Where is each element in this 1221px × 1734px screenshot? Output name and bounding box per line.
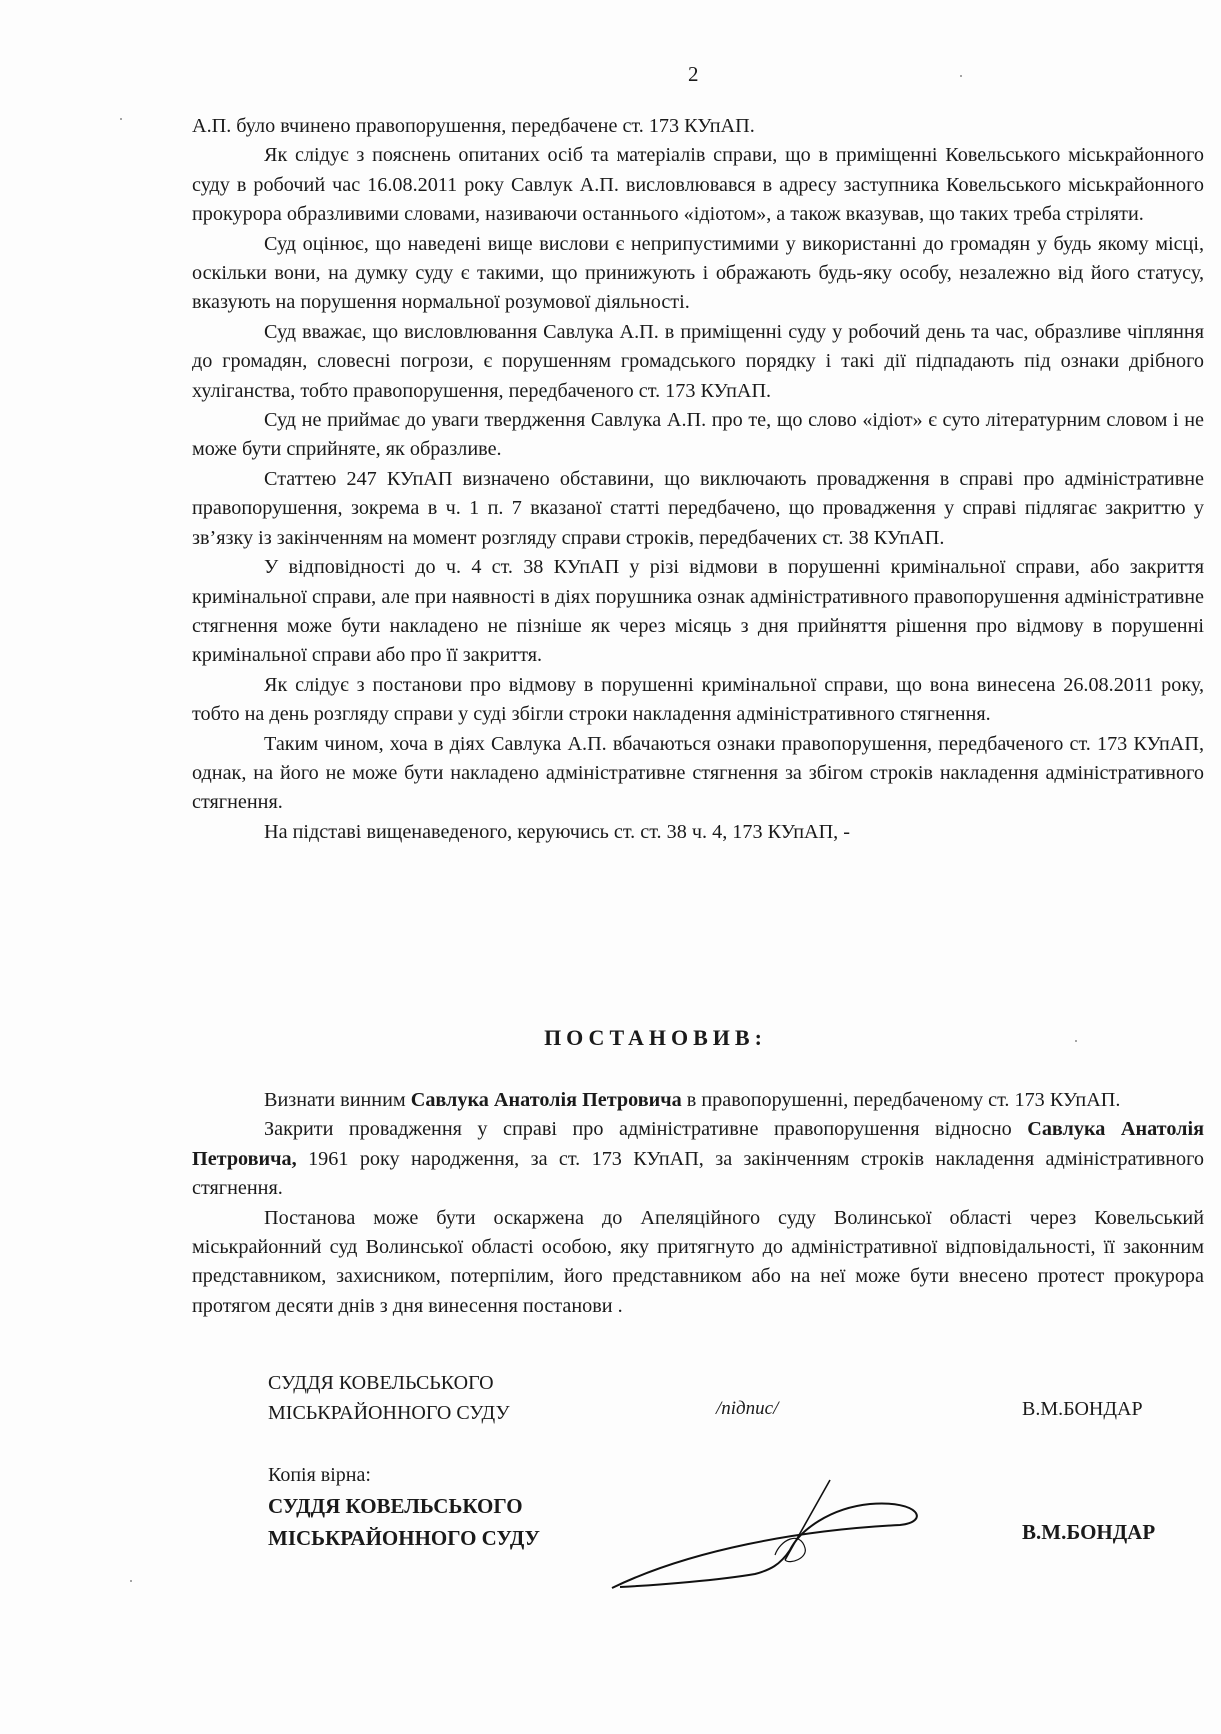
paragraph: А.П. було вчинено правопорушення, передб…: [192, 112, 1204, 141]
decision-paragraph: Постанова може бути оскаржена до Апеляці…: [192, 1204, 1204, 1322]
paragraph: Як слідує з постанови про відмову в пору…: [192, 671, 1204, 730]
scan-speck: [960, 75, 962, 77]
copy-judge-title: СУДДЯ КОВЕЛЬСЬКОГО МІСЬКРАЙОННОГО СУДУ: [268, 1490, 540, 1554]
text: Визнати винним: [264, 1089, 411, 1111]
signed-mark: /підпис/: [716, 1398, 778, 1420]
defendant-name: Савлука Анатолія Петровича: [411, 1089, 682, 1111]
decision-paragraph: Закрити провадження у справі про адмініс…: [192, 1115, 1204, 1203]
judge-title-line: МІСЬКРАЙОННОГО СУДУ: [268, 1398, 510, 1428]
text: Закрити провадження у справі про адмініс…: [264, 1118, 1027, 1140]
scan-speck: [1075, 1040, 1077, 1042]
judge-title-line: СУДДЯ КОВЕЛЬСЬКОГО: [268, 1368, 510, 1398]
page-number: 2: [688, 62, 699, 87]
paragraph: Суд оцінює, що наведені вище вислови є н…: [192, 230, 1204, 318]
decision-body: Визнати винним Савлука Анатолія Петрович…: [192, 1086, 1204, 1321]
judge-name: В.М.БОНДАР: [1022, 1398, 1143, 1421]
document-body: А.П. було вчинено правопорушення, передб…: [192, 112, 1204, 847]
decision-paragraph: Визнати винним Савлука Анатолія Петрович…: [192, 1086, 1204, 1115]
paragraph: На підставі вищенаведеного, керуючись ст…: [192, 818, 1204, 847]
judge-title-line: МІСЬКРАЙОННОГО СУДУ: [268, 1522, 540, 1554]
decision-heading: ПОСТАНОВИВ:: [0, 1025, 1221, 1051]
text: 1961 року народження, за ст. 173 КУпАП, …: [192, 1148, 1204, 1199]
scan-speck: [130, 1580, 132, 1582]
judge-title-line: СУДДЯ КОВЕЛЬСЬКОГО: [268, 1490, 540, 1522]
handwritten-signature-icon: [600, 1470, 960, 1610]
paragraph: У відповідності до ч. 4 ст. 38 КУпАП у р…: [192, 553, 1204, 671]
paragraph: Таким чином, хоча в діях Савлука А.П. вб…: [192, 730, 1204, 818]
paragraph: Суд не приймає до уваги твердження Савлу…: [192, 406, 1204, 465]
scan-speck: [120, 118, 122, 120]
copy-certified-label: Копія вірна:: [268, 1464, 371, 1487]
paragraph: Суд вважає, що висловлювання Савлука А.П…: [192, 318, 1204, 406]
paragraph: Статтею 247 КУпАП визначено обставини, щ…: [192, 465, 1204, 553]
paragraph: Як слідує з пояснень опитаних осіб та ма…: [192, 141, 1204, 229]
judge-title: СУДДЯ КОВЕЛЬСЬКОГО МІСЬКРАЙОННОГО СУДУ: [268, 1368, 510, 1428]
text: в правопорушенні, передбаченому ст. 173 …: [682, 1089, 1121, 1111]
copy-judge-name: В.М.БОНДАР: [1022, 1520, 1155, 1545]
